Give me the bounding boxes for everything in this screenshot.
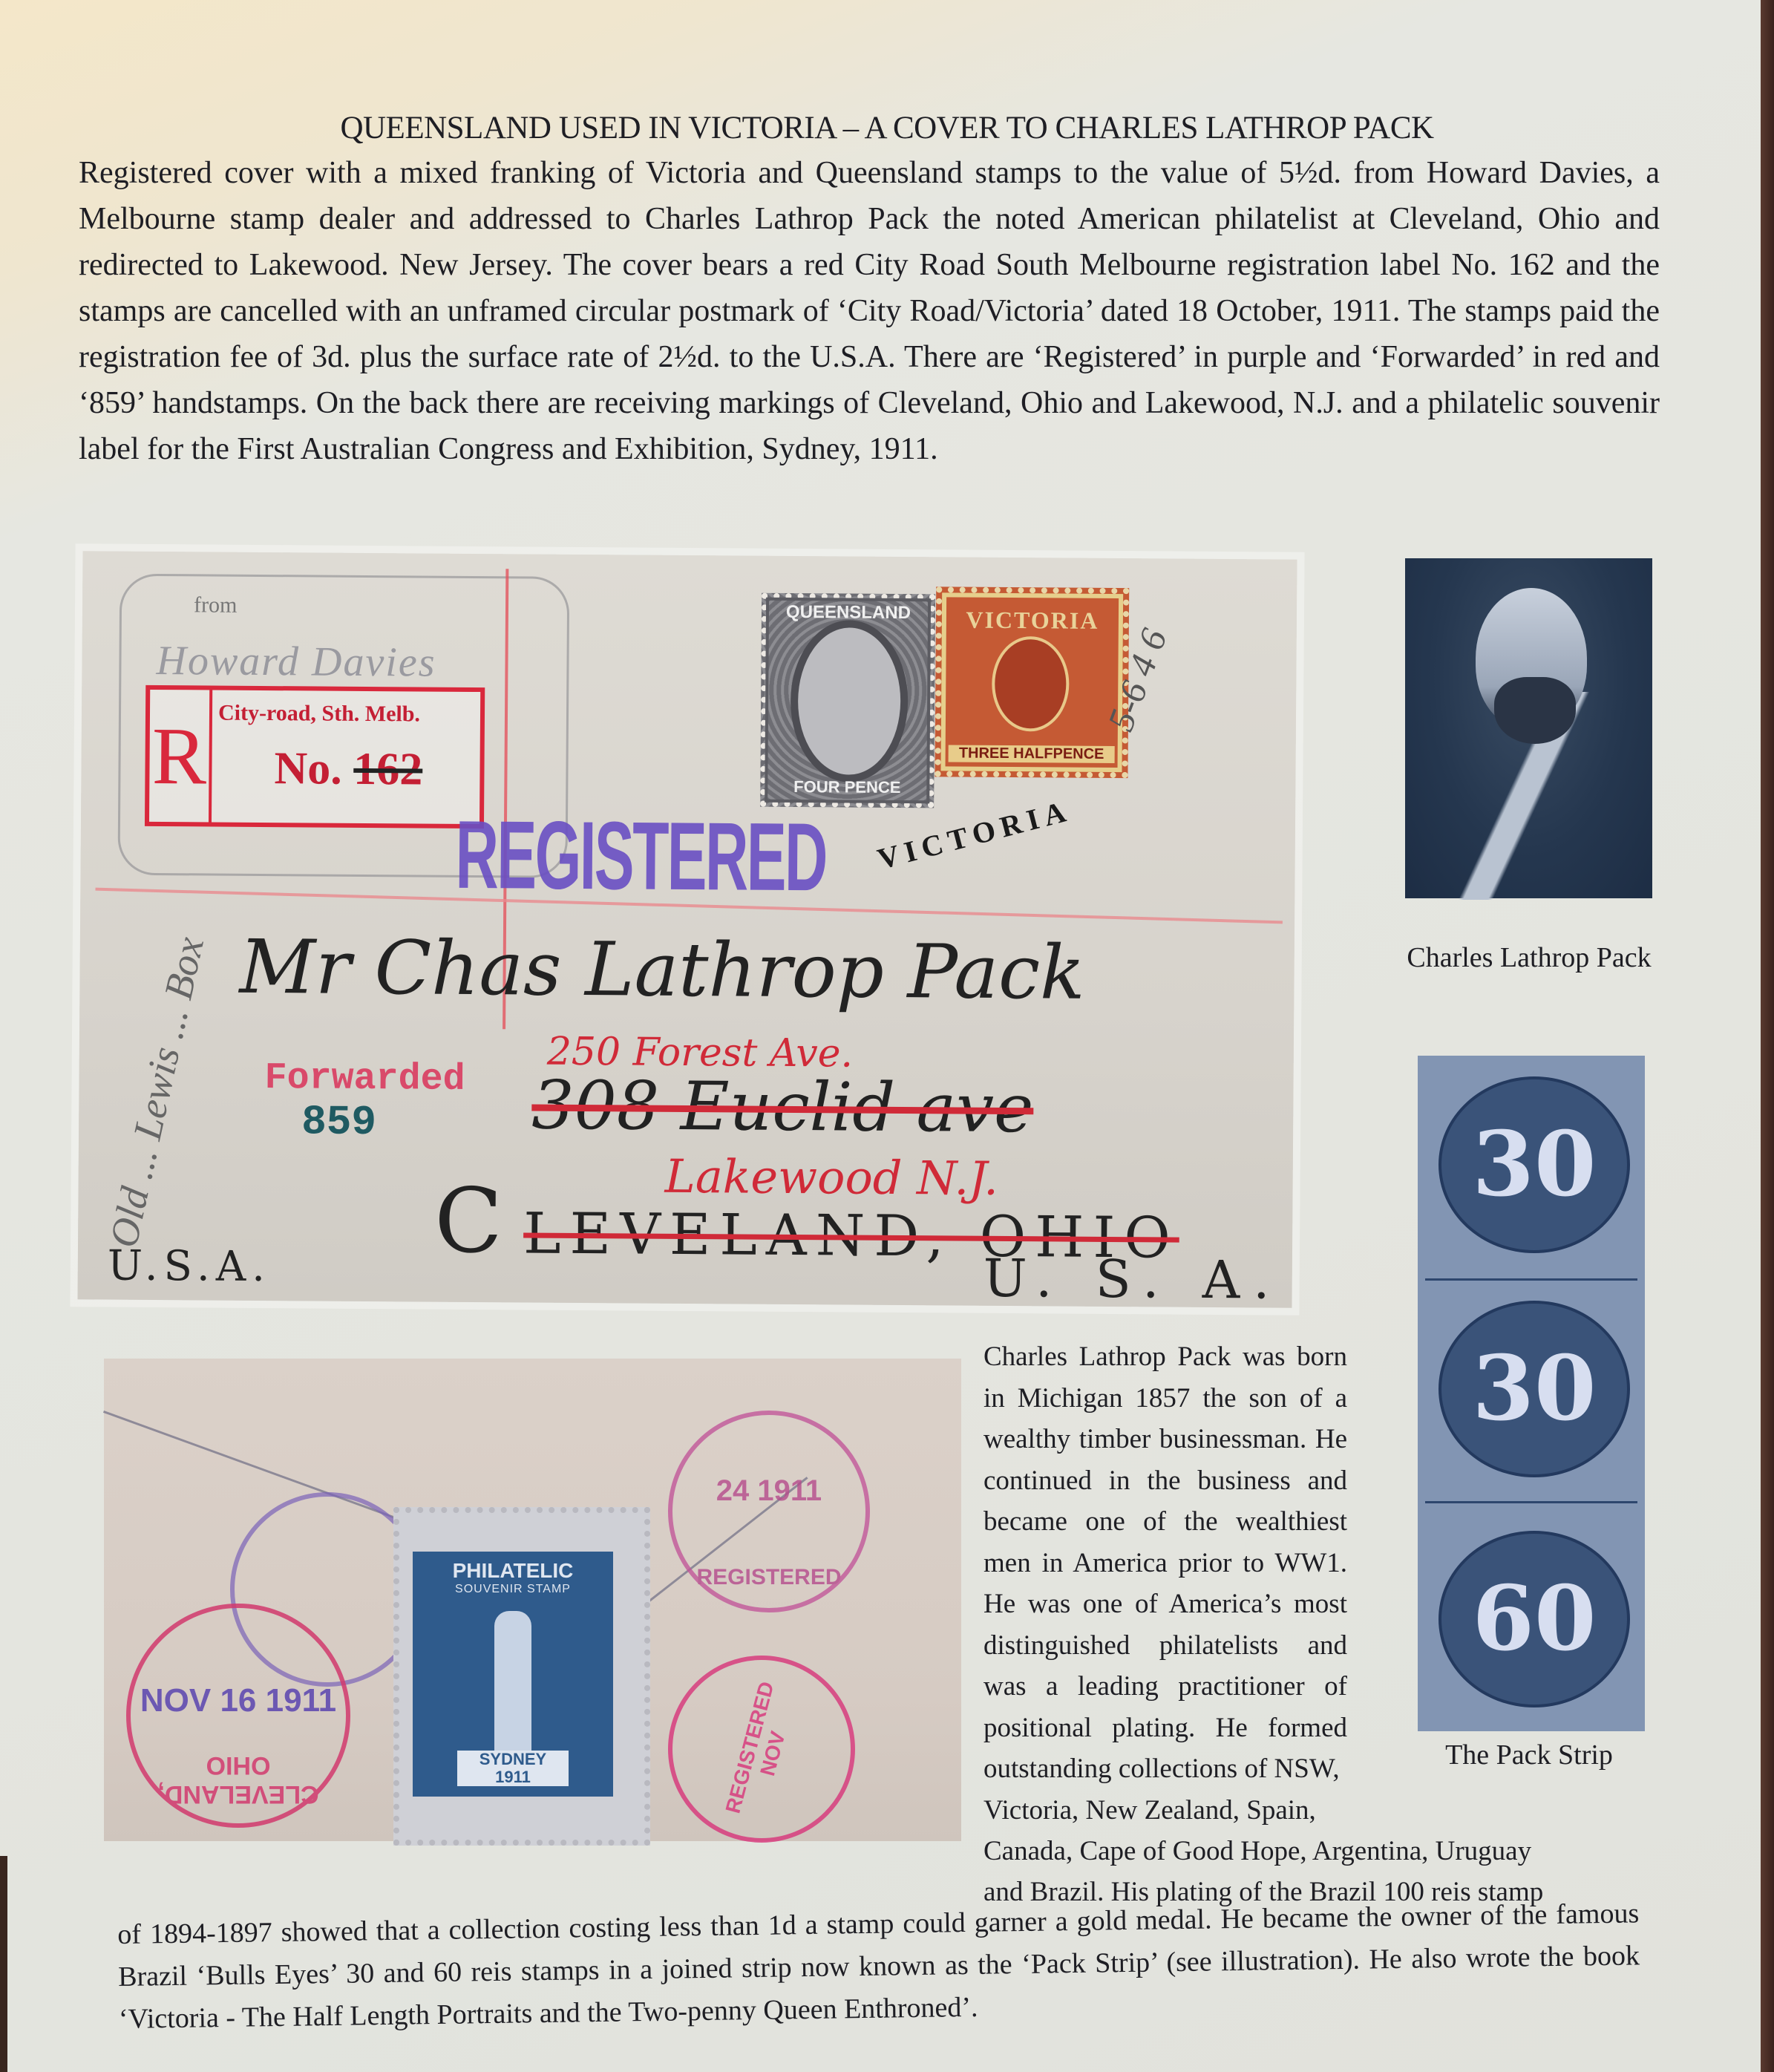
stamp-divider (1425, 1501, 1637, 1503)
country-left: U.S.A. (108, 1242, 272, 1292)
return-sender-name: Howard Davies (156, 637, 436, 687)
souvenir-year: 1911 (457, 1768, 569, 1786)
addressee-name: Mr Chas Lathrop Pack (239, 924, 1085, 1016)
bio-line: wealthy timber businessman. He (983, 1419, 1347, 1460)
portrait-photo (1405, 558, 1652, 898)
forwarded-handstamp: Forwarded (264, 1057, 465, 1101)
cover-back-image: NOV 16 1911 CLEVELAND, OHIO PHILATELIC S… (104, 1359, 961, 1841)
page-title: QUEENSLAND USED IN VICTORIA – A COVER TO… (0, 110, 1774, 146)
souvenir-label-design: PHILATELIC SOUVENIR STAMP SYDNEY 1911 (413, 1552, 613, 1797)
return-from-label: from (194, 592, 238, 618)
registration-label: R City-road, Sth. Melb. No. 162 (145, 685, 485, 829)
original-street: 308 Euclid ave (531, 1067, 1034, 1148)
bio-line: Canada, Cape of Good Hope, Argentina, Ur… (983, 1831, 1637, 1872)
queensland-stamp-country: QUEENSLAND (767, 602, 929, 624)
cleveland-postmark: NOV 16 1911 CLEVELAND, OHIO (126, 1604, 350, 1828)
bulls-eye-stamp: 30 (1438, 1301, 1630, 1477)
bio-line: men in America prior to WW1. (983, 1543, 1347, 1584)
cleveland-postmark-date: NOV 16 1911 (131, 1682, 346, 1719)
pack-strip-caption: The Pack Strip (1395, 1739, 1663, 1771)
souvenir-place: SYDNEY 1911 (457, 1751, 569, 1786)
bio-line: distinguished philatelists and (983, 1625, 1347, 1667)
portrait-beard (1494, 677, 1576, 744)
bio-line: He was one of America’s most (983, 1584, 1347, 1625)
bio-line: outstanding collections of NSW, (983, 1748, 1347, 1790)
bio-line: continued in the business and (983, 1460, 1347, 1502)
original-street-text: 308 Euclid ave (531, 1067, 1034, 1148)
registered-postmark-text: REGISTERED (672, 1565, 865, 1590)
registration-letter: R (149, 690, 212, 823)
city-road-postmark: VICTORIA (845, 667, 1040, 862)
bio-line: Victoria, New Zealand, Spain, (983, 1790, 1347, 1831)
registration-no-prefix: No. (274, 743, 342, 794)
bulls-eye-stamp: 30 (1438, 1076, 1630, 1253)
souvenir-figure (494, 1611, 531, 1752)
registered-postmark-date: 24 1911 (672, 1474, 865, 1508)
country-right: U. S. A. (983, 1248, 1283, 1311)
souvenir-title: PHILATELIC (413, 1559, 613, 1583)
portrait-caption: Charles Lathrop Pack (1381, 937, 1678, 978)
forwarding-city: Lakewood N.J. (664, 1149, 998, 1206)
side-pencil-notation: Old ... Lewis ... Box (100, 932, 213, 1251)
bulls-eye-stamp: 60 (1438, 1531, 1630, 1707)
registration-number: No. 162 (274, 742, 422, 796)
frame-edge (1761, 0, 1774, 2072)
souvenir-subtitle: SOUVENIR STAMP (413, 1583, 613, 1596)
souvenir-city: SYDNEY (457, 1751, 569, 1768)
biography-tail: of 1894-1897 showed that a collection co… (117, 1892, 1640, 2041)
biography-column: Charles Lathrop Pack was born in Michiga… (983, 1336, 1347, 1831)
album-page: QUEENSLAND USED IN VICTORIA – A COVER TO… (0, 0, 1763, 2072)
intro-paragraph: Registered cover with a mixed franking o… (79, 150, 1660, 472)
stamp-divider (1425, 1278, 1637, 1281)
number-859-handstamp: 859 (301, 1098, 376, 1146)
registration-no-value: 162 (353, 744, 422, 795)
victoria-stamp-country: VICTORIA (942, 606, 1123, 635)
registered-handstamp: REGISTERED (455, 799, 826, 912)
philatelic-souvenir-label: PHILATELIC SOUVENIR STAMP SYDNEY 1911 (393, 1507, 650, 1846)
cover-front-image: from Howard Davies R City-road, Sth. Mel… (78, 551, 1297, 1307)
frame-edge (0, 1856, 7, 2072)
registered-postmark-top: 24 1911 REGISTERED (668, 1411, 870, 1612)
registration-office: City-road, Sth. Melb. (218, 701, 420, 728)
registered-postmark-text: REGISTERED NOV (716, 1658, 808, 1843)
cleveland-postmark-text: CLEVELAND, OHIO (131, 1751, 346, 1808)
bio-line: in Michigan 1857 the son of a (983, 1378, 1347, 1419)
pack-strip-image: 30 30 60 (1418, 1056, 1645, 1731)
registered-postmark-bottom: REGISTERED NOV (668, 1656, 855, 1843)
city-initial: C (434, 1170, 503, 1274)
postmark-text: VICTORIA (874, 793, 1075, 877)
bio-line: positional plating. He formed (983, 1707, 1347, 1749)
bio-line: Charles Lathrop Pack was born (983, 1336, 1347, 1378)
bio-line: was a leading practitioner of (983, 1666, 1347, 1707)
bio-line: became one of the wealthiest (983, 1501, 1347, 1543)
